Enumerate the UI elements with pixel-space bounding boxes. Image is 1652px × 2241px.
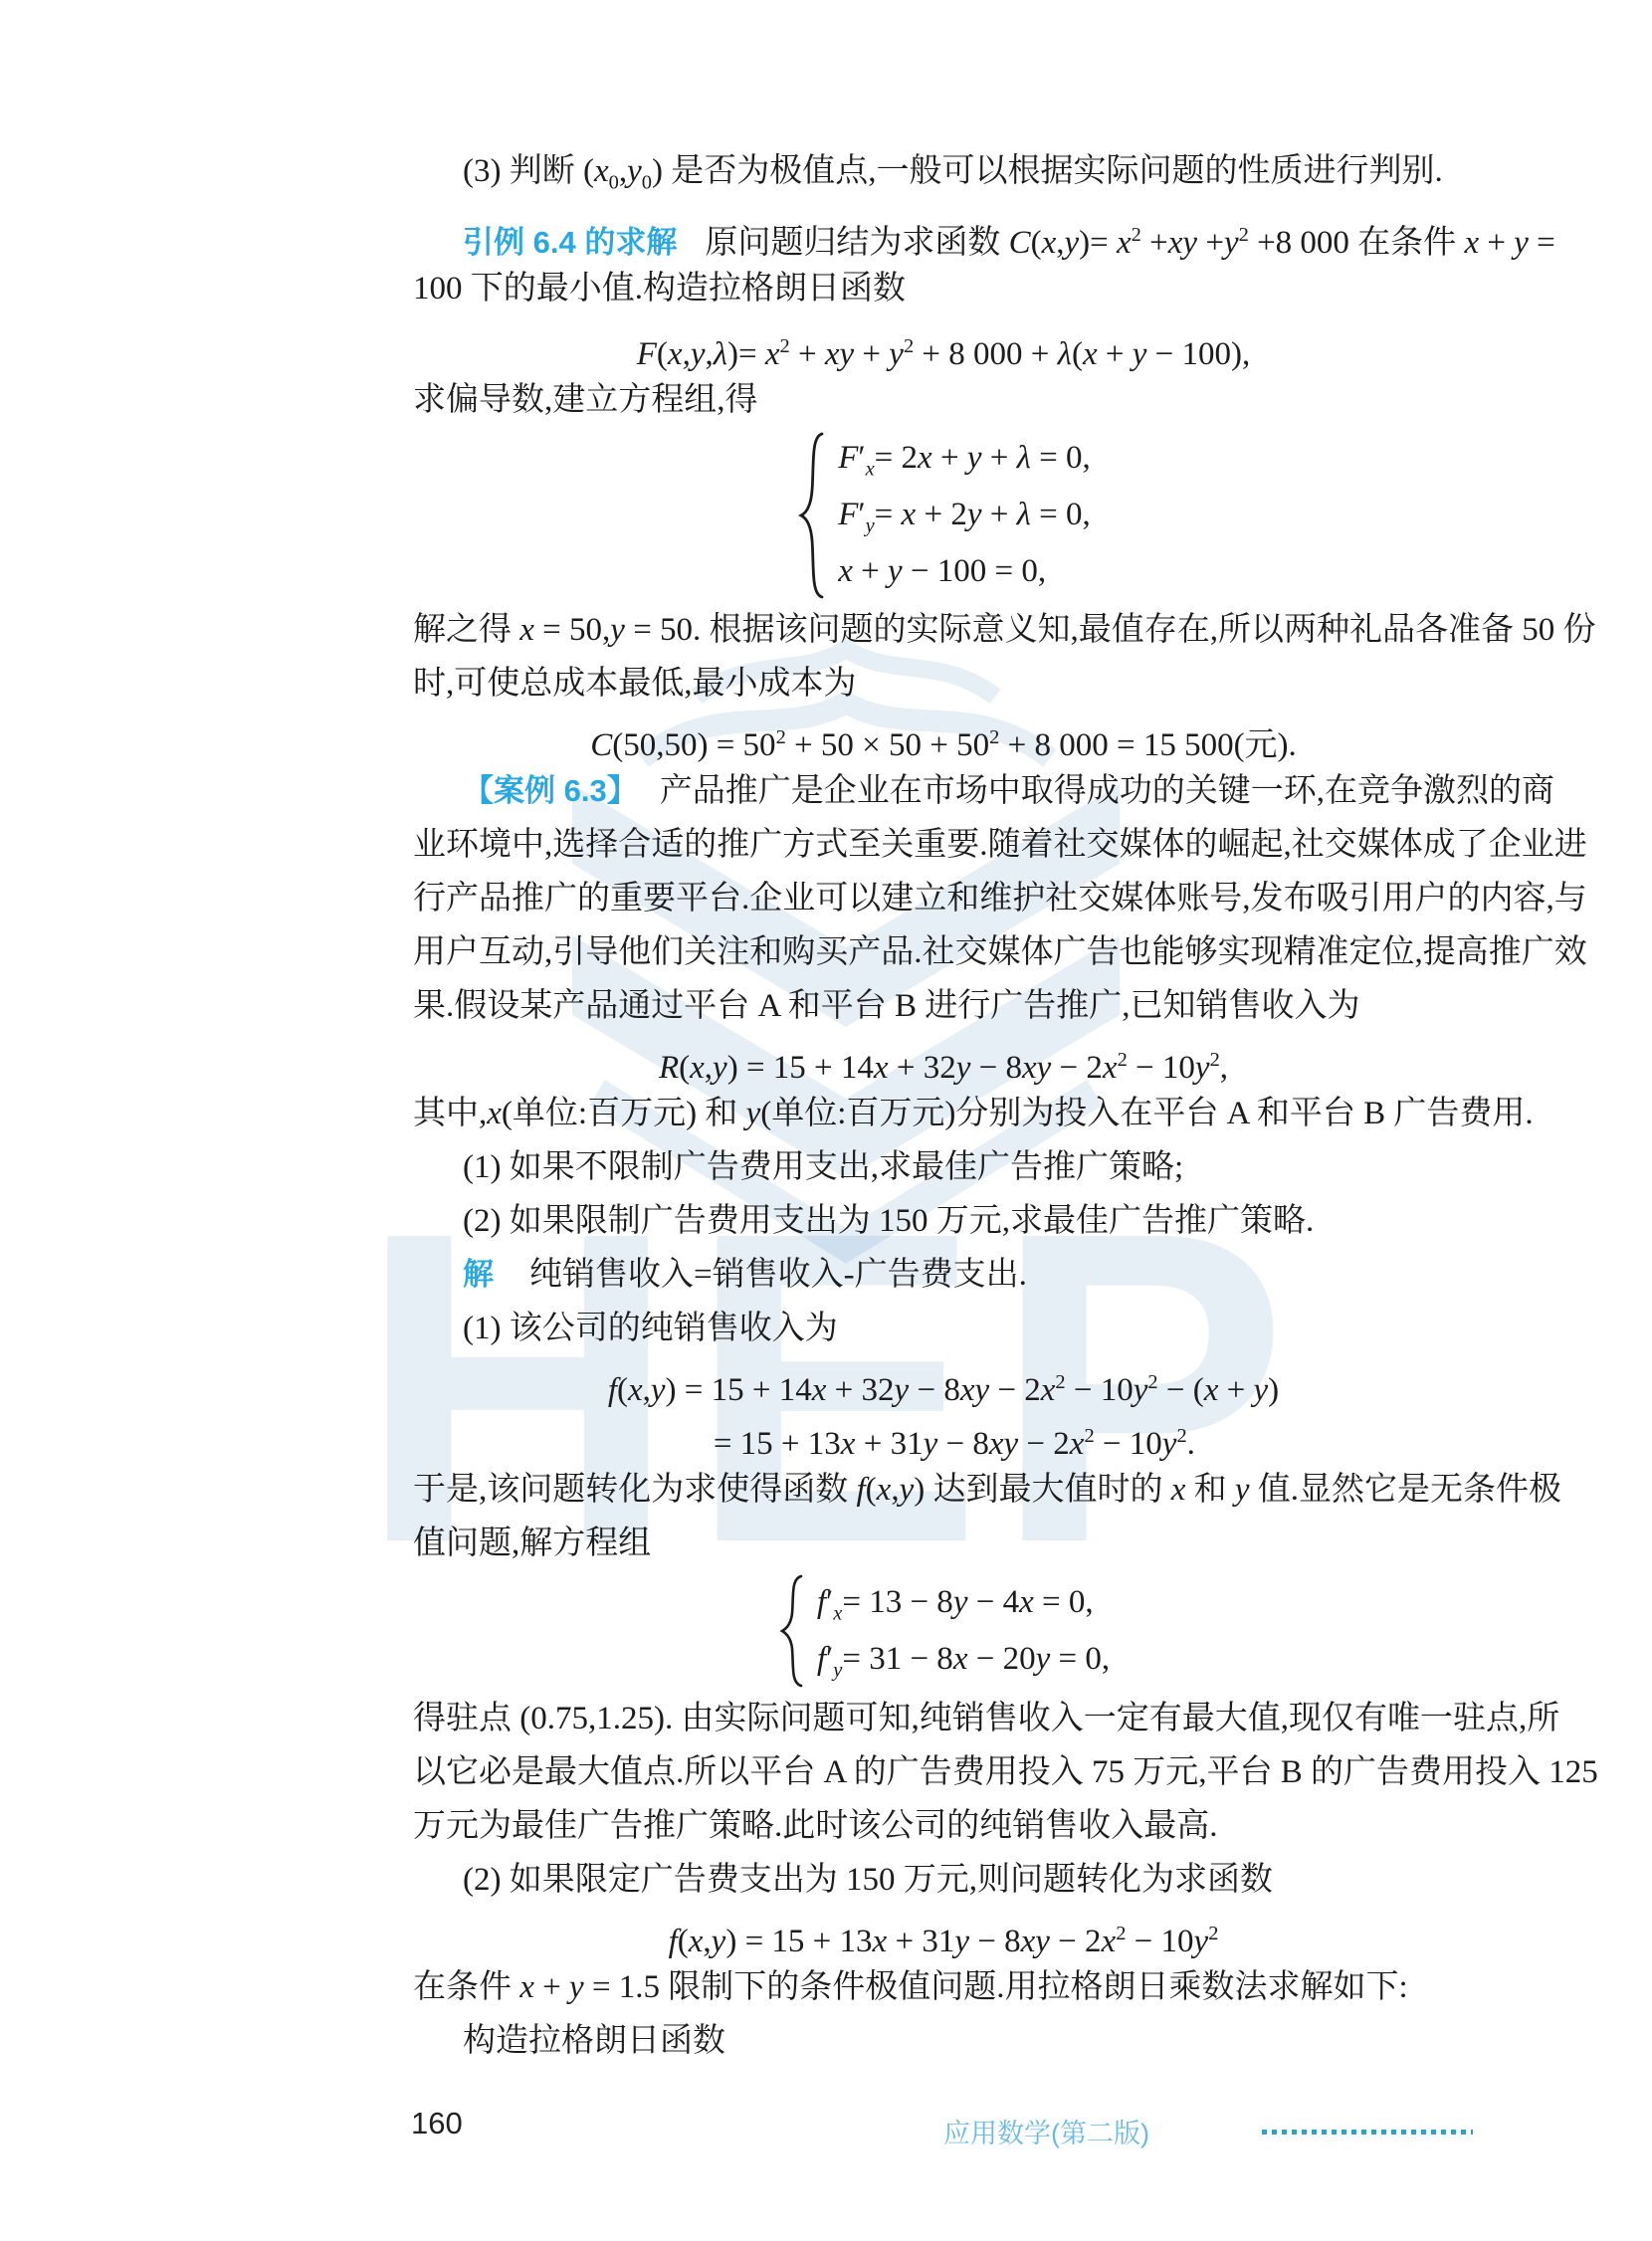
paragraph-maximize: 于是,该问题转化为求使得函数 f(x,y) 达到最大值时的 x 和 y 值.显然… — [413, 1463, 1474, 1517]
left-brace-icon — [796, 431, 826, 600]
case-intro-line2: 业环境中,选择合适的推广方式至关重要.随着社交媒体的崛起,社交媒体成了企业进 — [413, 818, 1474, 872]
paragraph-extremum-judgement: (3) 判断 (x0,y0) 是否为极值点,一般可以根据实际问题的性质进行判别. — [413, 144, 1474, 198]
solution-intro: 纯销售收入=销售收入-广告费支出. — [529, 1257, 1027, 1293]
solution-label: 解 — [463, 1257, 494, 1292]
paragraph-solution-xy50: 解之得 x = 50,y = 50. 根据该问题的实际意义知,最值存在,所以两种… — [413, 603, 1474, 657]
paragraph-construct-lagrange: 构造拉格朗日函数 — [413, 2014, 1474, 2068]
book-title: 应用数学(第二版) — [943, 2112, 1149, 2150]
paragraph-optimal-investment: 以它必是最大值点.所以平台 A 的广告费用投入 75 万元,平台 B 的广告费用… — [413, 1745, 1474, 1799]
paragraph-best-strategy: 万元为最佳广告推广策略.此时该公司的纯销售收入最高. — [413, 1799, 1474, 1853]
example-6-4-line: 引例 6.4 的求解原问题归结为求函数 C(x,y)= x2 +xy +y2 +… — [413, 208, 1474, 262]
question-1: (1) 如果不限制广告费用支出,求最佳广告推广策略; — [413, 1140, 1474, 1194]
equation-system-unconstrained: f′x= 13 − 8y − 4x = 0, f′y= 31 − 8x − 20… — [413, 1573, 1474, 1689]
paragraph-constraint-condition: 在条件 x + y = 1.5 限制下的条件极值问题.用拉格朗日乘数法求解如下: — [413, 1960, 1474, 2014]
equation-system-lines: F′x= 2x + y + λ = 0, F′y= x + 2y + λ = 0… — [838, 430, 1091, 600]
equation-system-lagrange: F′x= 2x + y + λ = 0, F′y= x + 2y + λ = 0… — [413, 430, 1474, 600]
example-6-4-intro: 原问题归结为求函数 C(x,y)= x2 +xy +y2 +8 000 在条件 … — [705, 225, 1554, 261]
equation-fx: f′x= 13 − 8y − 4x = 0, — [817, 1574, 1110, 1631]
case-6-3-intro: 产品推广是企业在市场中取得成功的关键一环,在竞争激烈的商 — [660, 773, 1554, 809]
formula-net-revenue-constrained: f(x,y) = 15 + 13x + 31y − 8xy − 2x2 − 10… — [413, 1907, 1474, 1960]
net-revenue-derivation-inner: f(x,y) = 15 + 14x + 32y − 8xy − 2x2 − 10… — [608, 1355, 1279, 1463]
formula-min-cost: C(50,50) = 502 + 50 × 50 + 502 + 8 000 =… — [413, 711, 1474, 764]
page-content: (3) 判断 (x0,y0) 是否为极值点,一般可以根据实际问题的性质进行判别.… — [413, 0, 1474, 2068]
footer-dotted-line — [1262, 2130, 1473, 2135]
paragraph-stationary-point: 得驻点 (0.75,1.25). 由实际问题可知,纯销售收入一定有最大值,现仅有… — [413, 1692, 1474, 1745]
equation-constraint: x + y − 100 = 0, — [838, 543, 1091, 600]
example-6-4-intro-cont: 100 下的最小值.构造拉格朗日函数 — [413, 262, 1474, 315]
paragraph-min-cost: 时,可使总成本最低,最小成本为 — [413, 657, 1474, 711]
page-number: 160 — [411, 2106, 463, 2141]
solution-part2-heading: (2) 如果限定广告费支出为 150 万元,则问题转化为求函数 — [413, 1853, 1474, 1907]
paragraph-variable-definitions: 其中,x(单位:百万元) 和 y(单位:百万元)分别为投入在平台 A 和平台 B… — [413, 1087, 1474, 1140]
paragraph-partial-derivatives: 求偏导数,建立方程组,得 — [413, 373, 1474, 427]
example-6-4-label: 引例 6.4 的求解 — [463, 225, 677, 260]
case-intro-line3: 行产品推广的重要平台.企业可以建立和维护社交媒体账号,发布吸引用户的内容,与 — [413, 872, 1474, 925]
formula-net-revenue-line1: f(x,y) = 15 + 14x + 32y − 8xy − 2x2 − 10… — [608, 1355, 1279, 1409]
net-revenue-derivation: f(x,y) = 15 + 14x + 32y − 8xy − 2x2 − 10… — [413, 1355, 1474, 1463]
equation-Fx: F′x= 2x + y + λ = 0, — [838, 430, 1091, 487]
case-6-3-line: 【案例 6.3】产品推广是企业在市场中取得成功的关键一环,在竞争激烈的商 — [413, 764, 1474, 818]
case-6-3-label: 【案例 6.3】 — [463, 773, 638, 808]
formula-net-revenue-line2: = 15 + 13x + 31y − 8xy − 2x2 − 10y2. — [608, 1409, 1279, 1463]
question-2: (2) 如果限制广告费用支出为 150 万元,求最佳广告推广策略. — [413, 1194, 1474, 1248]
equation-fy: f′y= 31 − 8x − 20y = 0, — [817, 1631, 1110, 1688]
solution-line: 解纯销售收入=销售收入-广告费支出. — [413, 1248, 1474, 1302]
formula-revenue: R(x,y) = 15 + 14x + 32y − 8xy − 2x2 − 10… — [413, 1033, 1474, 1087]
equation-Fy: F′y= x + 2y + λ = 0, — [838, 487, 1091, 543]
left-brace-icon — [777, 1573, 805, 1689]
equation-system-lines: f′x= 13 − 8y − 4x = 0, f′y= 31 − 8x − 20… — [817, 1574, 1110, 1688]
solution-part1-heading: (1) 该公司的纯销售收入为 — [413, 1302, 1474, 1355]
textbook-page: HEP (3) 判断 (x0,y0) 是否为极值点,一般可以根据实际问题的性质进… — [0, 0, 1652, 2241]
paragraph-solve-system: 值问题,解方程组 — [413, 1517, 1474, 1570]
case-intro-line4: 用户互动,引导他们关注和购买产品.社交媒体广告也能够实现精准定位,提高推广效 — [413, 925, 1474, 979]
formula-lagrange-function: F(x,y,λ)= x2 + xy + y2 + 8 000 + λ(x + y… — [413, 319, 1474, 373]
case-intro-line5: 果.假设某产品通过平台 A 和平台 B 进行广告推广,已知销售收入为 — [413, 979, 1474, 1033]
